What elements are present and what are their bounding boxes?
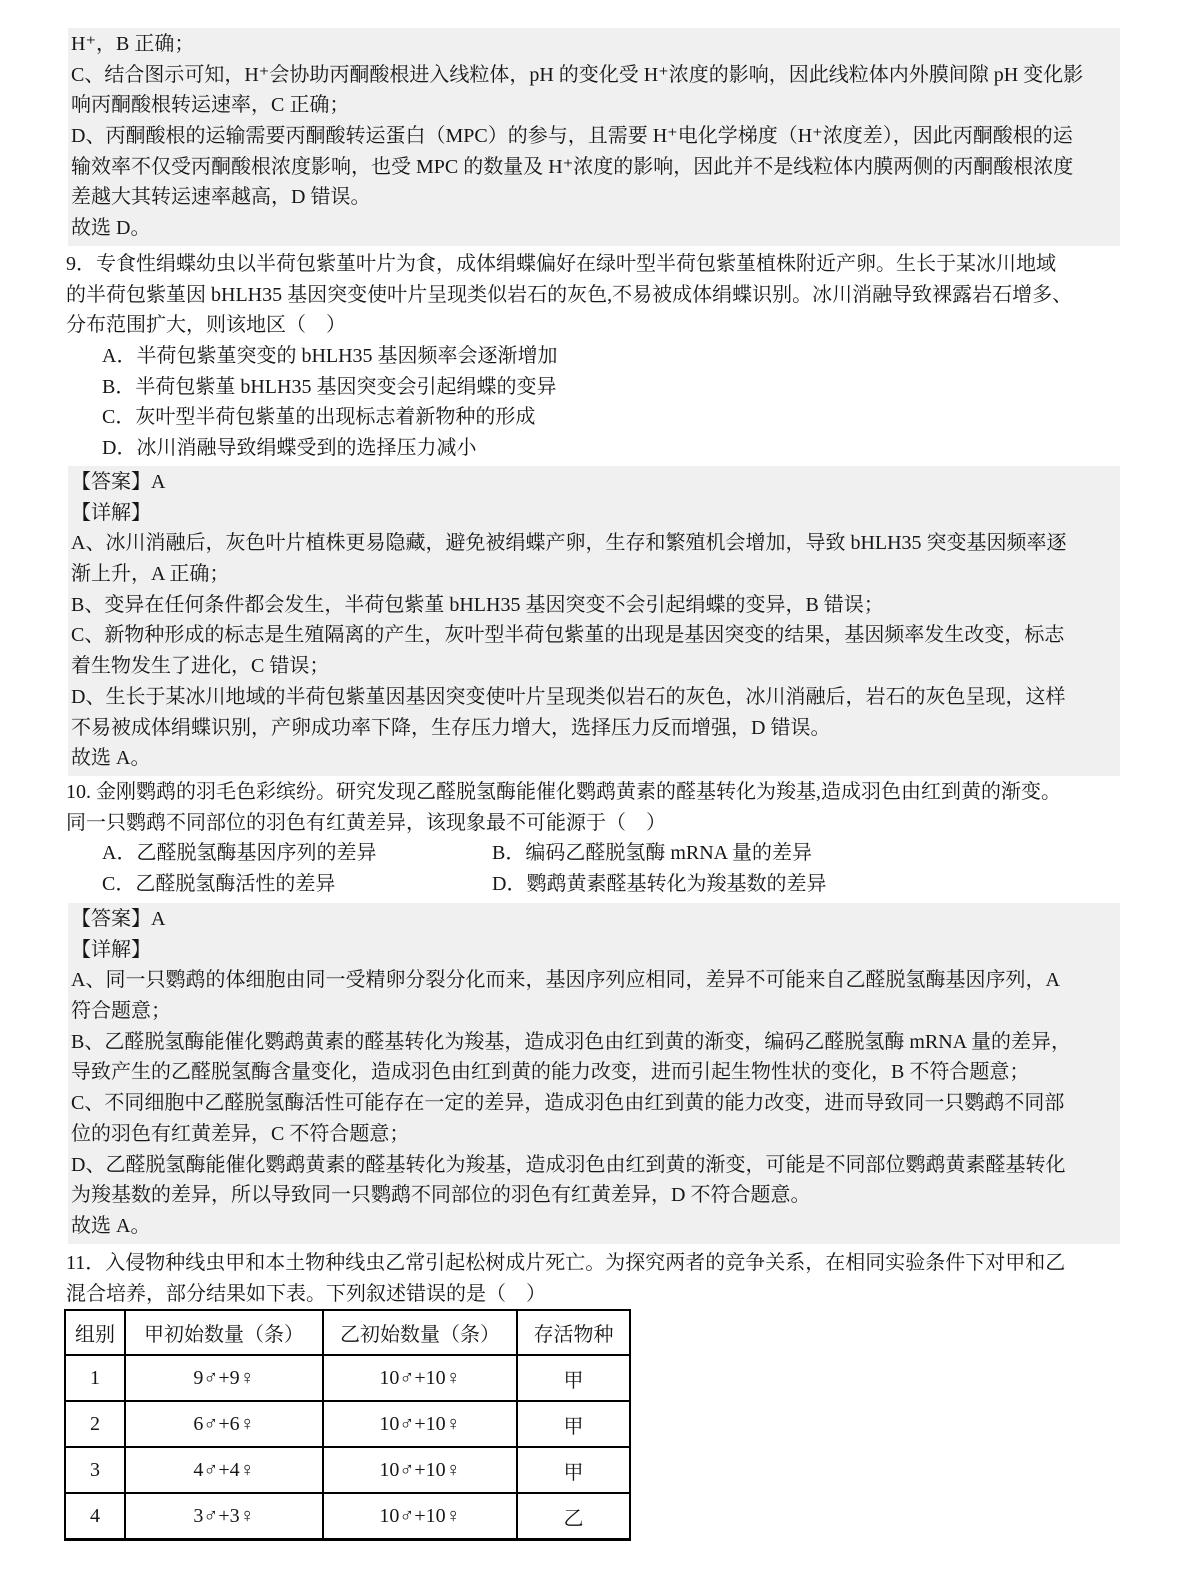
- question-9-block: 9．专食性绢蝶幼虫以半荷包紫堇叶片为食，成体绢蝶偏好在绿叶型半荷包紫堇植株附近产…: [66, 249, 1122, 464]
- question-10-options-row: A．乙醛脱氢酶基因序列的差异 B．编码乙醛脱氢酶 mRNA 量的差异: [66, 838, 1122, 869]
- question-10-stem-line: 10. 金刚鹦鹉的羽毛色彩缤纷。研究发现乙醛脱氢酶能催化鹦鹉黄素的醛基转化为羧基…: [66, 777, 1122, 808]
- text-line: 故选 A。: [71, 1211, 1120, 1242]
- text-line: 渐上升，A 正确；: [71, 559, 1120, 590]
- text-line: A、冰川消融后，灰色叶片植株更易隐藏，避免被绢蝶产卵，生存和繁殖机会增加，导致 …: [71, 528, 1120, 559]
- detail-lines: A、冰川消融后，灰色叶片植株更易隐藏，避免被绢蝶产卵，生存和繁殖机会增加，导致 …: [71, 528, 1120, 774]
- cell-survivor: 甲: [517, 1447, 630, 1493]
- question-9-option-a: A．半荷包紫堇突变的 bHLH35 基因频率会逐渐增加: [66, 341, 1122, 372]
- table-header-row: 组别 甲初始数量（条） 乙初始数量（条） 存活物种: [65, 1310, 630, 1355]
- cell-group: 3: [65, 1447, 125, 1493]
- text-line: B、变异在任何条件都会发生，半荷包紫堇 bHLH35 基因突变不会引起绢蝶的变异…: [71, 590, 1120, 621]
- col-header-surviving-species: 存活物种: [517, 1310, 630, 1355]
- text-line: B、乙醛脱氢酶能催化鹦鹉黄素的醛基转化为羧基，造成羽色由红到黄的渐变，编码乙醛脱…: [71, 1027, 1120, 1058]
- text-line: 响丙酮酸根转运速率，C 正确；: [71, 90, 1120, 121]
- question-11-stem-line: 11．入侵物种线虫甲和本土物种线虫乙常引起松树成片死亡。为探究两者的竞争关系，在…: [66, 1248, 1122, 1279]
- text-line: 位的羽色有红黄差异，C 不符合题意；: [71, 1119, 1120, 1150]
- cell-initial-b: 10♂+10♀: [323, 1493, 517, 1540]
- cell-group: 2: [65, 1401, 125, 1447]
- cell-initial-a: 6♂+6♀: [125, 1401, 323, 1447]
- table-row: 4 3♂+3♀ 10♂+10♀ 乙: [65, 1493, 630, 1540]
- exam-document-page: H⁺，B 正确；C、结合图示可知，H⁺会协助丙酮酸根进入线粒体，pH 的变化受 …: [0, 0, 1190, 1571]
- text-line: C、结合图示可知，H⁺会协助丙酮酸根进入线粒体，pH 的变化受 H⁺浓度的影响，…: [71, 60, 1120, 91]
- cell-initial-a: 4♂+4♀: [125, 1447, 323, 1493]
- text-line: 故选 A。: [71, 743, 1120, 774]
- text-line: 符合题意；: [71, 996, 1120, 1027]
- cell-initial-b: 10♂+10♀: [323, 1355, 517, 1401]
- detail-label: 【详解】: [71, 935, 1120, 966]
- text-line: D、乙醛脱氢酶能催化鹦鹉黄素的醛基转化为羧基，造成羽色由红到黄的渐变，可能是不同…: [71, 1150, 1120, 1181]
- detail-label: 【详解】: [71, 498, 1120, 529]
- cell-initial-a: 9♂+9♀: [125, 1355, 323, 1401]
- question-9-option-d: D．冰川消融导致绢蝶受到的选择压力减小: [66, 433, 1122, 464]
- cell-group: 1: [65, 1355, 125, 1401]
- question-9-stem-line: 9．专食性绢蝶幼虫以半荷包紫堇叶片为食，成体绢蝶偏好在绿叶型半荷包紫堇植株附近产…: [66, 249, 1122, 280]
- text-line: 不易被成体绢蝶识别，产卵成功率下降，生存压力增大，选择压力反而增强，D 错误。: [71, 713, 1120, 744]
- question-11-stem-line: 混合培养，部分结果如下表。下列叙述错误的是（ ）: [66, 1279, 1122, 1310]
- answer-detail-block-q8: H⁺，B 正确；C、结合图示可知，H⁺会协助丙酮酸根进入线粒体，pH 的变化受 …: [68, 28, 1120, 246]
- cell-initial-b: 10♂+10♀: [323, 1447, 517, 1493]
- question-9-option-b: B．半荷包紫堇 bHLH35 基因突变会引起绢蝶的变异: [66, 372, 1122, 403]
- question-10-option-b: B．编码乙醛脱氢酶 mRNA 量的差异: [492, 838, 812, 869]
- text-line: H⁺，B 正确；: [71, 29, 1120, 60]
- col-header-group: 组别: [65, 1310, 125, 1355]
- table-row: 2 6♂+6♀ 10♂+10♀ 甲: [65, 1401, 630, 1447]
- answer-label: 【答案】A: [71, 467, 1120, 498]
- question-9-option-c: C．灰叶型半荷包紫堇的出现标志着新物种的形成: [66, 402, 1122, 433]
- question-9-stem-line: 分布范围扩大，则该地区（ ）: [66, 310, 1122, 341]
- question-10-option-d: D．鹦鹉黄素醛基转化为羧基数的差异: [492, 869, 826, 900]
- question-10-options-row: C．乙醛脱氢酶活性的差异 D．鹦鹉黄素醛基转化为羧基数的差异: [66, 869, 1122, 900]
- table-row: 1 9♂+9♀ 10♂+10♀ 甲: [65, 1355, 630, 1401]
- text-line: D、生长于某冰川地域的半荷包紫堇因基因突变使叶片呈现类似岩石的灰色，冰川消融后，…: [71, 682, 1120, 713]
- text-line: 为羧基数的差异，所以导致同一只鹦鹉不同部位的羽色有红黄差异，D 不符合题意。: [71, 1180, 1120, 1211]
- text-line: C、新物种形成的标志是生殖隔离的产生，灰叶型半荷包紫堇的出现是基因突变的结果，基…: [71, 620, 1120, 651]
- text-line: 导致产生的乙醛脱氢酶含量变化，造成羽色由红到黄的能力改变，进而引起生物性状的变化…: [71, 1057, 1120, 1088]
- question-10-block: 10. 金刚鹦鹉的羽毛色彩缤纷。研究发现乙醛脱氢酶能催化鹦鹉黄素的醛基转化为羧基…: [66, 777, 1122, 900]
- cell-survivor: 甲: [517, 1355, 630, 1401]
- answer-block-q9: 【答案】A 【详解】 A、冰川消融后，灰色叶片植株更易隐藏，避免被绢蝶产卵，生存…: [68, 466, 1120, 776]
- cell-group: 4: [65, 1493, 125, 1540]
- question-10-option-a: A．乙醛脱氢酶基因序列的差异: [102, 838, 492, 869]
- answer-label: 【答案】A: [71, 904, 1120, 935]
- question-11-block: 11．入侵物种线虫甲和本土物种线虫乙常引起松树成片死亡。为探究两者的竞争关系，在…: [66, 1248, 1122, 1309]
- answer-block-q10: 【答案】A 【详解】 A、同一只鹦鹉的体细胞由同一受精卵分裂分化而来，基因序列应…: [68, 903, 1120, 1244]
- cell-initial-a: 3♂+3♀: [125, 1493, 323, 1540]
- text-line: 输效率不仅受丙酮酸根浓度影响，也受 MPC 的数量及 H⁺浓度的影响，因此并不是…: [71, 152, 1120, 183]
- text-line: 差越大其转运速率越高，D 错误。: [71, 182, 1120, 213]
- text-line: D、丙酮酸根的运输需要丙酮酸转运蛋白（MPC）的参与，且需要 H⁺电化学梯度（H…: [71, 121, 1120, 152]
- col-header-initial-a: 甲初始数量（条）: [125, 1310, 323, 1355]
- cell-initial-b: 10♂+10♀: [323, 1401, 517, 1447]
- text-line: 故选 D。: [71, 213, 1120, 244]
- text-line: C、不同细胞中乙醛脱氢酶活性可能存在一定的差异，造成羽色由红到黄的能力改变，进而…: [71, 1088, 1120, 1119]
- experiment-results-table: 组别 甲初始数量（条） 乙初始数量（条） 存活物种 1 9♂+9♀ 10♂+10…: [64, 1309, 631, 1541]
- col-header-initial-b: 乙初始数量（条）: [323, 1310, 517, 1355]
- cell-survivor: 甲: [517, 1401, 630, 1447]
- detail-lines: A、同一只鹦鹉的体细胞由同一受精卵分裂分化而来，基因序列应相同，差异不可能来自乙…: [71, 965, 1120, 1241]
- question-10-option-c: C．乙醛脱氢酶活性的差异: [102, 869, 492, 900]
- text-line: 着生物发生了进化，C 错误；: [71, 651, 1120, 682]
- question-9-stem-line: 的半荷包紫堇因 bHLH35 基因突变使叶片呈现类似岩石的灰色,不易被成体绢蝶识…: [66, 280, 1122, 311]
- question-10-stem-line: 同一只鹦鹉不同部位的羽色有红黄差异，该现象最不可能源于（ ）: [66, 808, 1122, 839]
- cell-survivor: 乙: [517, 1493, 630, 1540]
- table-row: 3 4♂+4♀ 10♂+10♀ 甲: [65, 1447, 630, 1493]
- text-line: A、同一只鹦鹉的体细胞由同一受精卵分裂分化而来，基因序列应相同，差异不可能来自乙…: [71, 965, 1120, 996]
